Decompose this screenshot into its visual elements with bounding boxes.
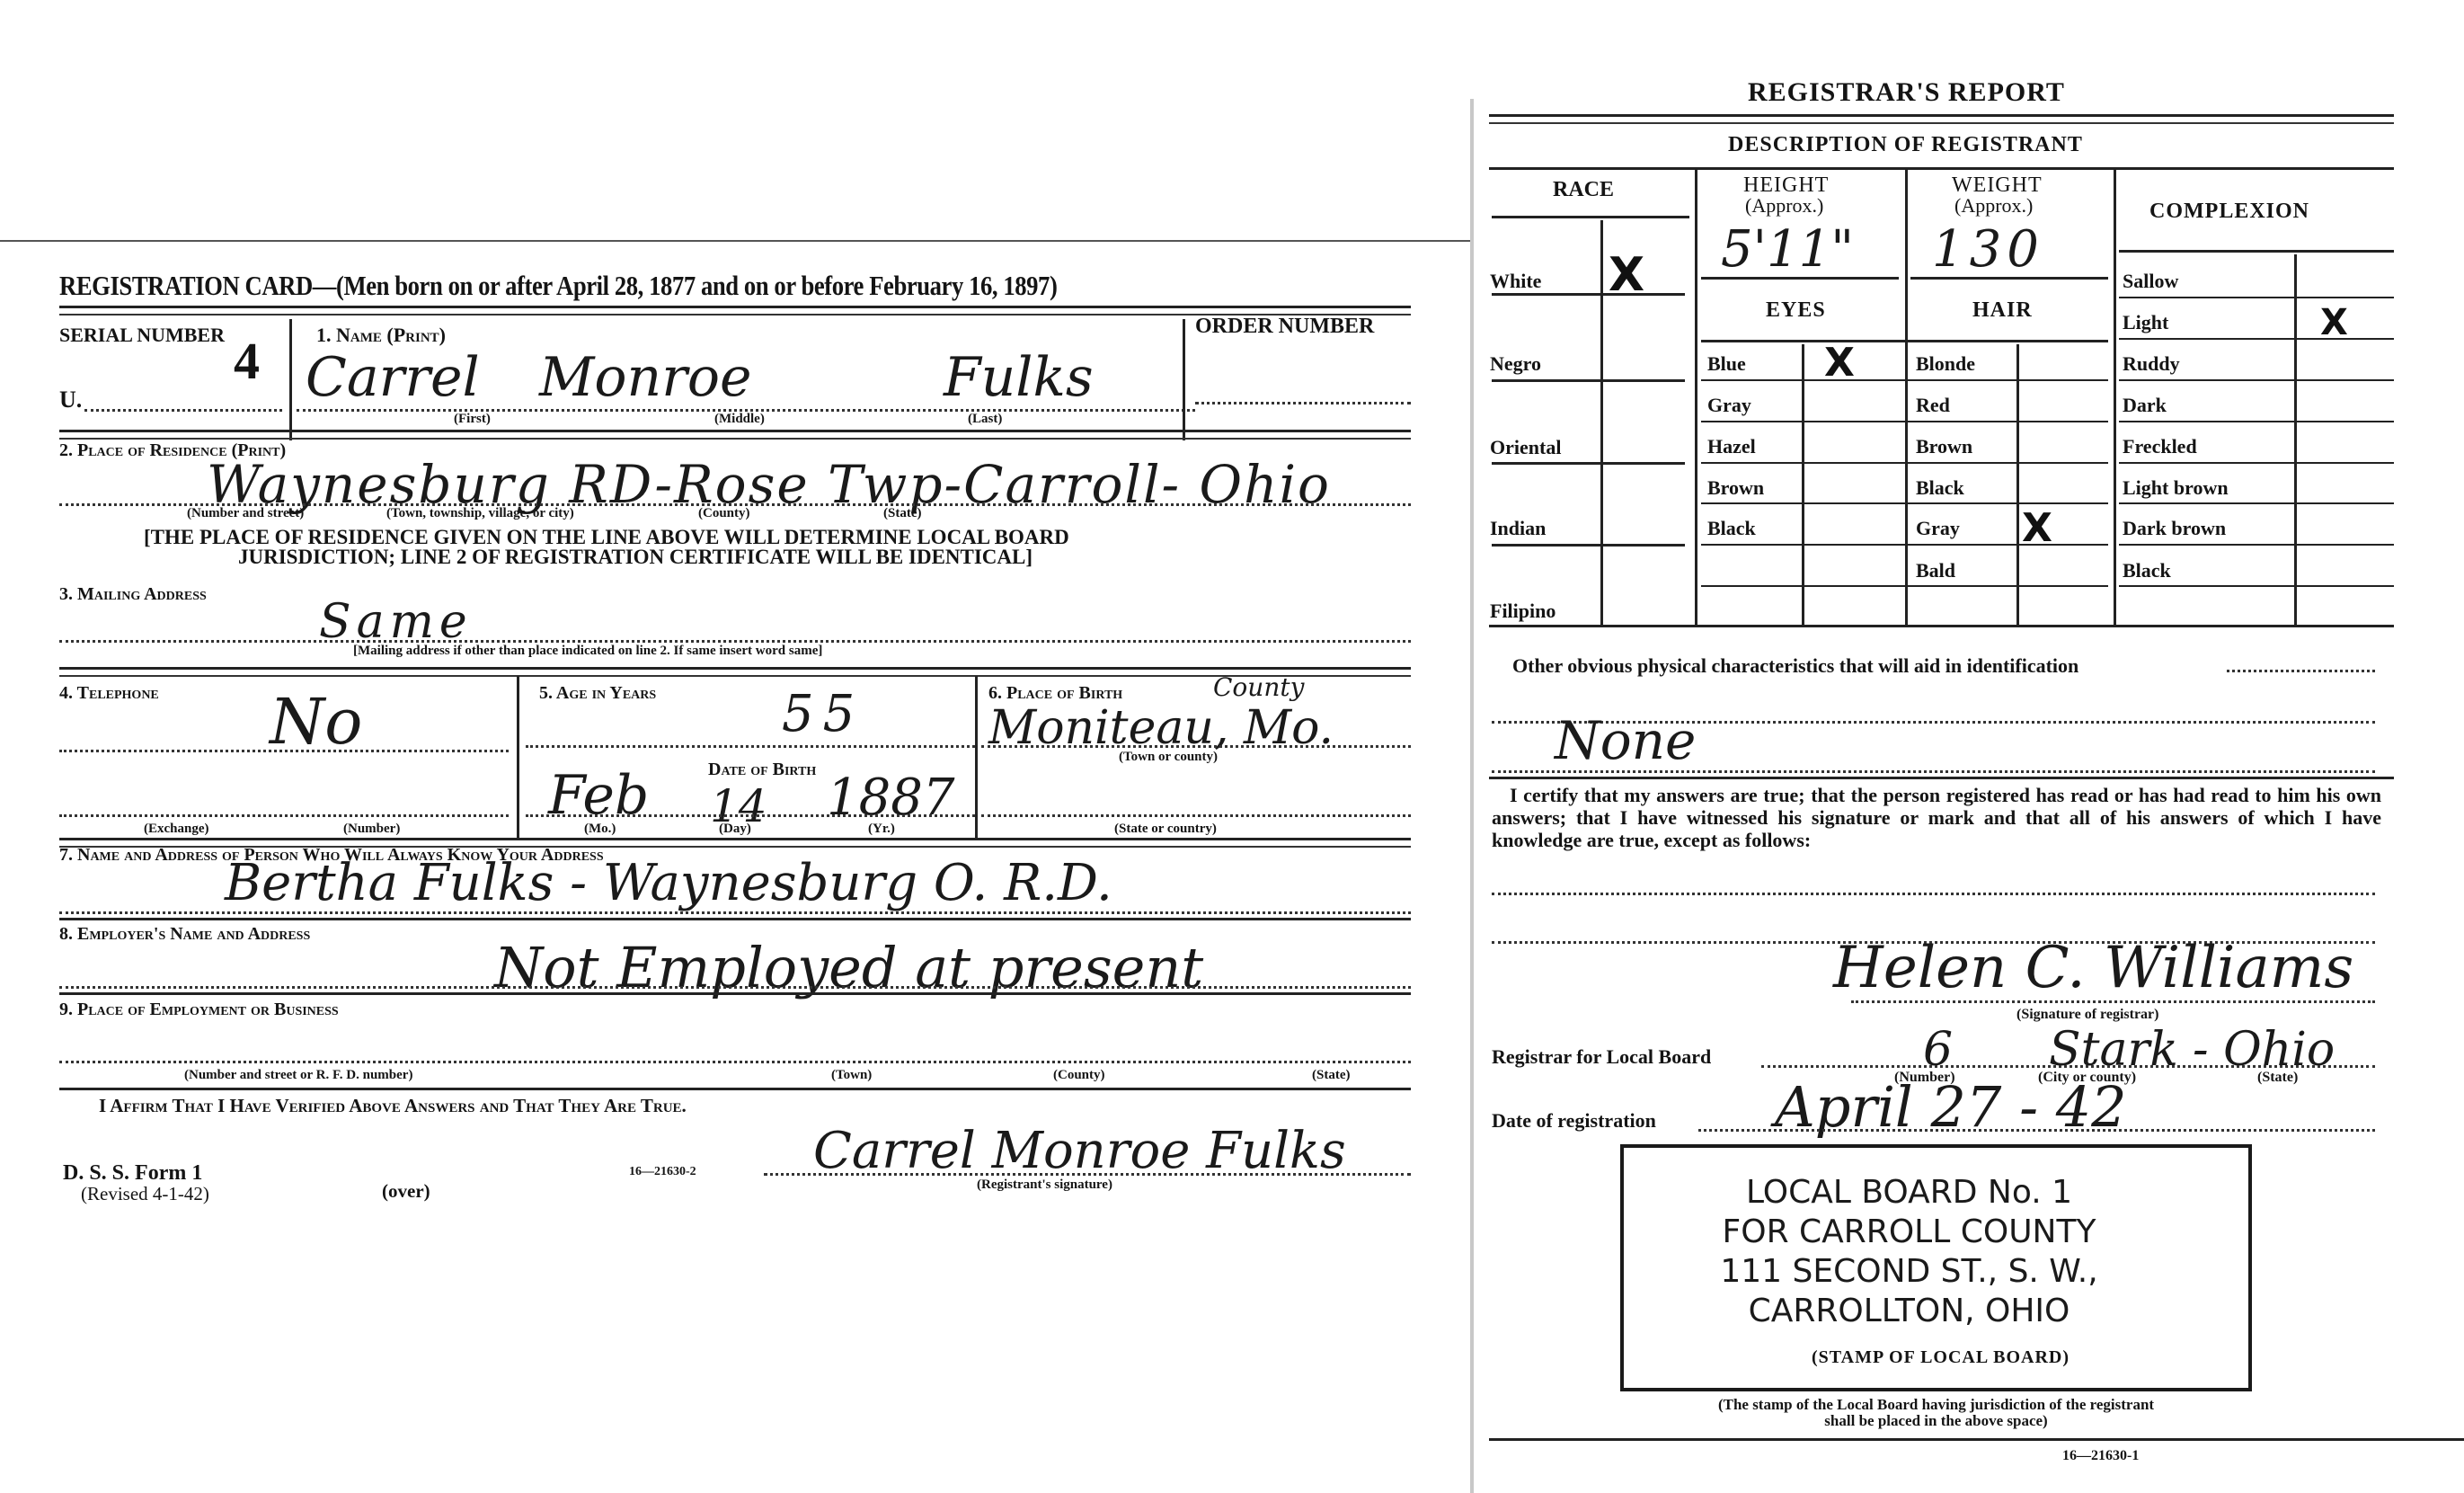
table-bottom-rule [1489,625,2394,627]
local-board-state-caption: (State) [2257,1070,2298,1086]
eh-rule-1 [1701,379,2108,381]
contact-line [59,911,1411,914]
rule-2 [59,430,1411,440]
height-divider [1695,167,1697,625]
stamp-caption: (STAMP OF LOCAL BOARD) [1624,1347,2248,1368]
report-title: REGISTRAR'S REPORT [1748,77,2065,108]
eh-rule-3 [1701,462,2108,464]
page-divider [1470,99,1474,1493]
local-board-city: Stark [2049,1023,2178,1077]
registrar-signature: Helen C. Williams [1833,935,2353,1001]
race-negro-rule [1492,379,1685,382]
form-id: D. S. S. Form 1 [63,1161,202,1186]
race-negro-label: Negro [1490,352,1541,376]
local-board-stamp-box: LOCAL BOARD No. 1 FOR CARROLL COUNTY 111… [1620,1144,2252,1391]
hair-check-divider [2016,344,2019,625]
last-caption: (Last) [968,412,1002,427]
first-caption: (First) [454,412,491,427]
order-divider [1183,319,1185,440]
complexion-divider [2114,167,2116,625]
hair-header: HAIR [1972,298,2033,323]
except-line-1 [1492,893,2375,895]
cx-rule-6 [2119,502,2394,504]
complexion-ruddy-label: Ruddy [2123,352,2180,376]
serial-line [84,409,282,412]
race-oriental-label: Oriental [1490,436,1561,459]
employment-caption-state: (State) [1312,1068,1350,1083]
registrant-signature: Carrel Monroe Fulks [813,1122,1346,1180]
stamp-line-4: CARROLLTON, OHIO [1624,1292,2248,1331]
eyes-header: EYES [1766,298,1826,323]
employer-label: 8. Employer's Name and Address [59,924,310,945]
cx-rule-7 [2119,544,2394,546]
hair-gray-label: Gray [1916,517,1960,540]
eyes-black-label: Black [1707,517,1756,540]
employment-caption-county: (County) [1053,1068,1105,1083]
middle-caption: (Middle) [714,412,765,427]
eh-rule-6 [1701,585,2108,587]
birthplace-divider [975,676,978,838]
height-rule [1701,277,1899,280]
age-line [526,745,975,748]
other-characteristics-label: Other obvious physical characteristics t… [1512,654,2078,678]
name-middle: Monroe [539,346,752,409]
cx-rule-3 [2119,379,2394,381]
employer-value: Not Employed at present [494,935,1203,1000]
serial-number-label: SERIAL NUMBER [59,324,225,347]
mailing-label: 3. Mailing Address [59,584,207,605]
complexion-freckled-label: Freckled [2123,435,2197,458]
contact-value: Bertha Fulks - Waynesburg O. R.D. [225,854,1112,912]
employment-place-label: 9. Place of Employment or Business [59,1000,339,1020]
card-print-code: 16—21630-2 [629,1165,696,1179]
complexion-black-label: Black [2123,559,2171,582]
weight-approx: (Approx.) [1954,194,2033,218]
dob-year: 1887 [827,769,955,827]
dob-month: Feb [548,764,649,827]
hair-black-label: Black [1916,476,1964,500]
hair-red-label: Red [1916,394,1950,417]
race-indian-rule [1492,544,1685,547]
order-number-label: ORDER NUMBER [1195,315,1374,339]
race-header-rule [1492,216,1689,218]
name-last: Fulks [944,346,1094,409]
cx-rule-4 [2119,421,2394,422]
eyes-brown-label: Brown [1707,476,1764,500]
race-white-label: White [1490,270,1541,293]
eyes-check-divider [1802,344,1804,625]
age-divider [517,676,519,838]
weight-value: 130 [1932,220,2044,279]
affirmation: I Affirm That I Have Verified Above Answ… [99,1095,687,1117]
order-number-line [1195,402,1411,404]
rule-7 [59,1088,1411,1090]
local-board-number: 6 [1923,1023,1953,1077]
dob-month-caption: (Mo.) [584,822,616,837]
complexion-sallow-label: Sallow [2123,270,2178,293]
stamp-line-1: LOCAL BOARD No. 1 [1624,1173,2248,1213]
telephone-line [59,750,509,752]
certify-text: I certify that my answers are true; that… [1492,784,2381,851]
dob-day-caption: (Day) [719,822,751,837]
report-title-rule [1489,114,2394,124]
cx-rule-1 [2119,297,2394,298]
mailing-line [59,640,1411,643]
local-board-state: - Ohio [2193,1023,2335,1077]
local-board-line [1761,1065,2375,1068]
registrar-signature-line [1851,1000,2375,1003]
birthplace-annotation: County [1213,672,1304,702]
cx-rule-5 [2119,462,2394,464]
other-line-2 [1492,770,2375,773]
weight-divider [1905,167,1908,625]
employment-place-line [59,1061,1411,1063]
age-label: 5. Age in Years [539,683,656,704]
rule-5 [59,918,1411,920]
eyes-hazel-label: Hazel [1707,435,1756,458]
registrar-signature-caption: (Signature of registrar) [2016,1007,2158,1023]
form-revised: (Revised 4-1-42) [81,1183,209,1205]
telephone-value: No [270,685,362,759]
height-value: 5'11" [1721,220,1854,279]
stamp-line-2: FOR CARROLL COUNTY [1624,1213,2248,1252]
cx-rule-8 [2119,585,2394,587]
rule-6 [59,992,1411,995]
subtitle-rule [1489,167,2394,170]
complexion-light-label: Light [2123,311,2168,334]
race-header: RACE [1553,178,1614,202]
birthplace-state-caption: (State or country) [1114,822,1217,837]
complexion-check-divider [2294,254,2297,625]
telephone-label: 4. Telephone [59,683,159,704]
cx-rule-2 [2119,338,2394,340]
local-board-label: Registrar for Local Board [1492,1045,1711,1069]
hair-blonde-label: Blonde [1916,352,1975,376]
dob-year-caption: (Yr.) [868,822,895,837]
birthplace-line [981,745,1411,748]
employer-line [59,986,1411,989]
signature-caption: (Registrant's signature) [977,1178,1112,1193]
hair-brown-label: Brown [1916,435,1972,458]
registration-date-line [1698,1129,2375,1132]
exchange-caption: (Exchange) [144,822,209,837]
card-top-edge [0,240,1474,242]
card-title: REGISTRATION CARD—(Men born on or after … [59,270,1057,302]
race-check-divider [1600,220,1603,625]
other-line-0 [2227,670,2375,672]
age-value: 55 [782,685,864,743]
weight-rule [1910,277,2108,280]
report-subtitle: DESCRIPTION OF REGISTRANT [1728,133,2083,157]
eyes-blue-label: Blue [1707,352,1746,376]
report-print-code: 16—21630-1 [2062,1448,2139,1464]
complexion-header-rule [2119,250,2394,253]
certify-rule [1489,777,2394,779]
complexion-dark-brown-label: Dark brown [2123,517,2226,540]
mailing-caption: [Mailing address if other than place ind… [353,644,822,659]
complexion-dark-label: Dark [2123,394,2167,417]
dob-label: Date of Birth [708,760,816,780]
race-white-rule [1492,293,1685,296]
residence-caption-town: (Town, township, village, or city) [386,506,574,521]
signature-line [764,1173,1411,1176]
residence-caption-state: (State) [883,506,921,521]
eyes-gray-label: Gray [1707,394,1751,417]
other-characteristics-value: None [1555,710,1696,771]
number-caption: (Number) [343,822,400,837]
stamp-note-1: (The stamp of the Local Board having jur… [1620,1396,2252,1414]
over-label: (over) [382,1180,430,1203]
employment-caption-street: (Number and street or R. F. D. number) [184,1068,412,1083]
rule-3 [59,667,1411,677]
race-filipino-label: Filipino [1490,600,1556,623]
eh-rule-5 [1701,544,2108,546]
race-indian-label: Indian [1490,517,1546,540]
residence-caption-county: (County) [698,506,750,521]
telephone-line-2 [59,814,509,817]
complexion-light-brown-label: Light brown [2123,476,2229,500]
hair-bald-label: Bald [1916,559,1955,582]
report-bottom-rule [1489,1438,2464,1441]
birthplace-line-2 [981,814,1411,817]
race-oriental-rule [1492,462,1685,465]
complexion-header: COMPLEXION [2149,200,2309,224]
birthplace-town-caption: (Town or county) [1119,750,1218,765]
residence-note-2: JURISDICTION; LINE 2 OF REGISTRATION CER… [238,546,1033,569]
dob-line [526,814,975,817]
eyes-hair-header-rule [1701,340,2108,342]
residence-caption-street: (Number and street) [187,506,304,521]
name-label: 1. Name (Print) [316,324,446,347]
eh-rule-4 [1701,502,2108,504]
height-approx: (Approx.) [1745,194,1823,218]
stamp-text: LOCAL BOARD No. 1 FOR CARROLL COUNTY 111… [1624,1173,2248,1331]
name-first: Carrel [306,346,480,409]
serial-prefix: U. [59,387,82,413]
eh-rule-2 [1701,421,2108,422]
employment-caption-town: (Town) [831,1068,872,1083]
serial-divider [289,319,292,440]
stamp-note-2: shall be placed in the above space) [1620,1412,2252,1430]
registration-date-label: Date of registration [1492,1109,1656,1133]
serial-number-value: 4 [234,331,260,391]
stamp-line-3: 111 SECOND ST., S. W., [1624,1252,2248,1292]
